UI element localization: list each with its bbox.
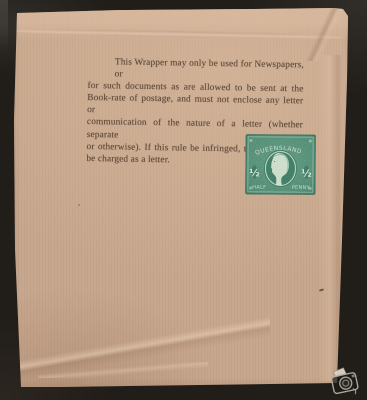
paper-crease-top-right (292, 7, 354, 61)
paper-crease-bottom (38, 362, 208, 378)
queen-eye (274, 161, 275, 162)
stamp-numeral-left: ½ (249, 168, 259, 179)
stamp-word-half: HALF (252, 185, 266, 191)
stamp-word-penny: PENNY (292, 185, 311, 191)
camera-watermark-icon (327, 362, 366, 400)
paper-speck (78, 204, 80, 206)
stamp-numeral-right: ½ (301, 169, 311, 180)
paper-crease-bottom-left (10, 312, 270, 380)
stamp-corner-ornament (249, 139, 252, 142)
paper-crease-top (14, 28, 344, 40)
photo-edge-glare (0, 0, 8, 52)
stamp-corner-ornament (309, 139, 312, 142)
instruction-line: This Wrapper may only be used for Newspa… (88, 56, 304, 84)
newspaper-wrapper: This Wrapper may only be used for Newspa… (0, 0, 367, 400)
paper-crease-right-band (318, 55, 342, 381)
postage-stamp: QUEENSLAND ½ ½ HALF PENNY (245, 134, 316, 195)
instruction-line: Book-rate of postage, and must not enclo… (87, 92, 303, 120)
photo-background: This Wrapper may only be used for Newspa… (0, 0, 367, 400)
